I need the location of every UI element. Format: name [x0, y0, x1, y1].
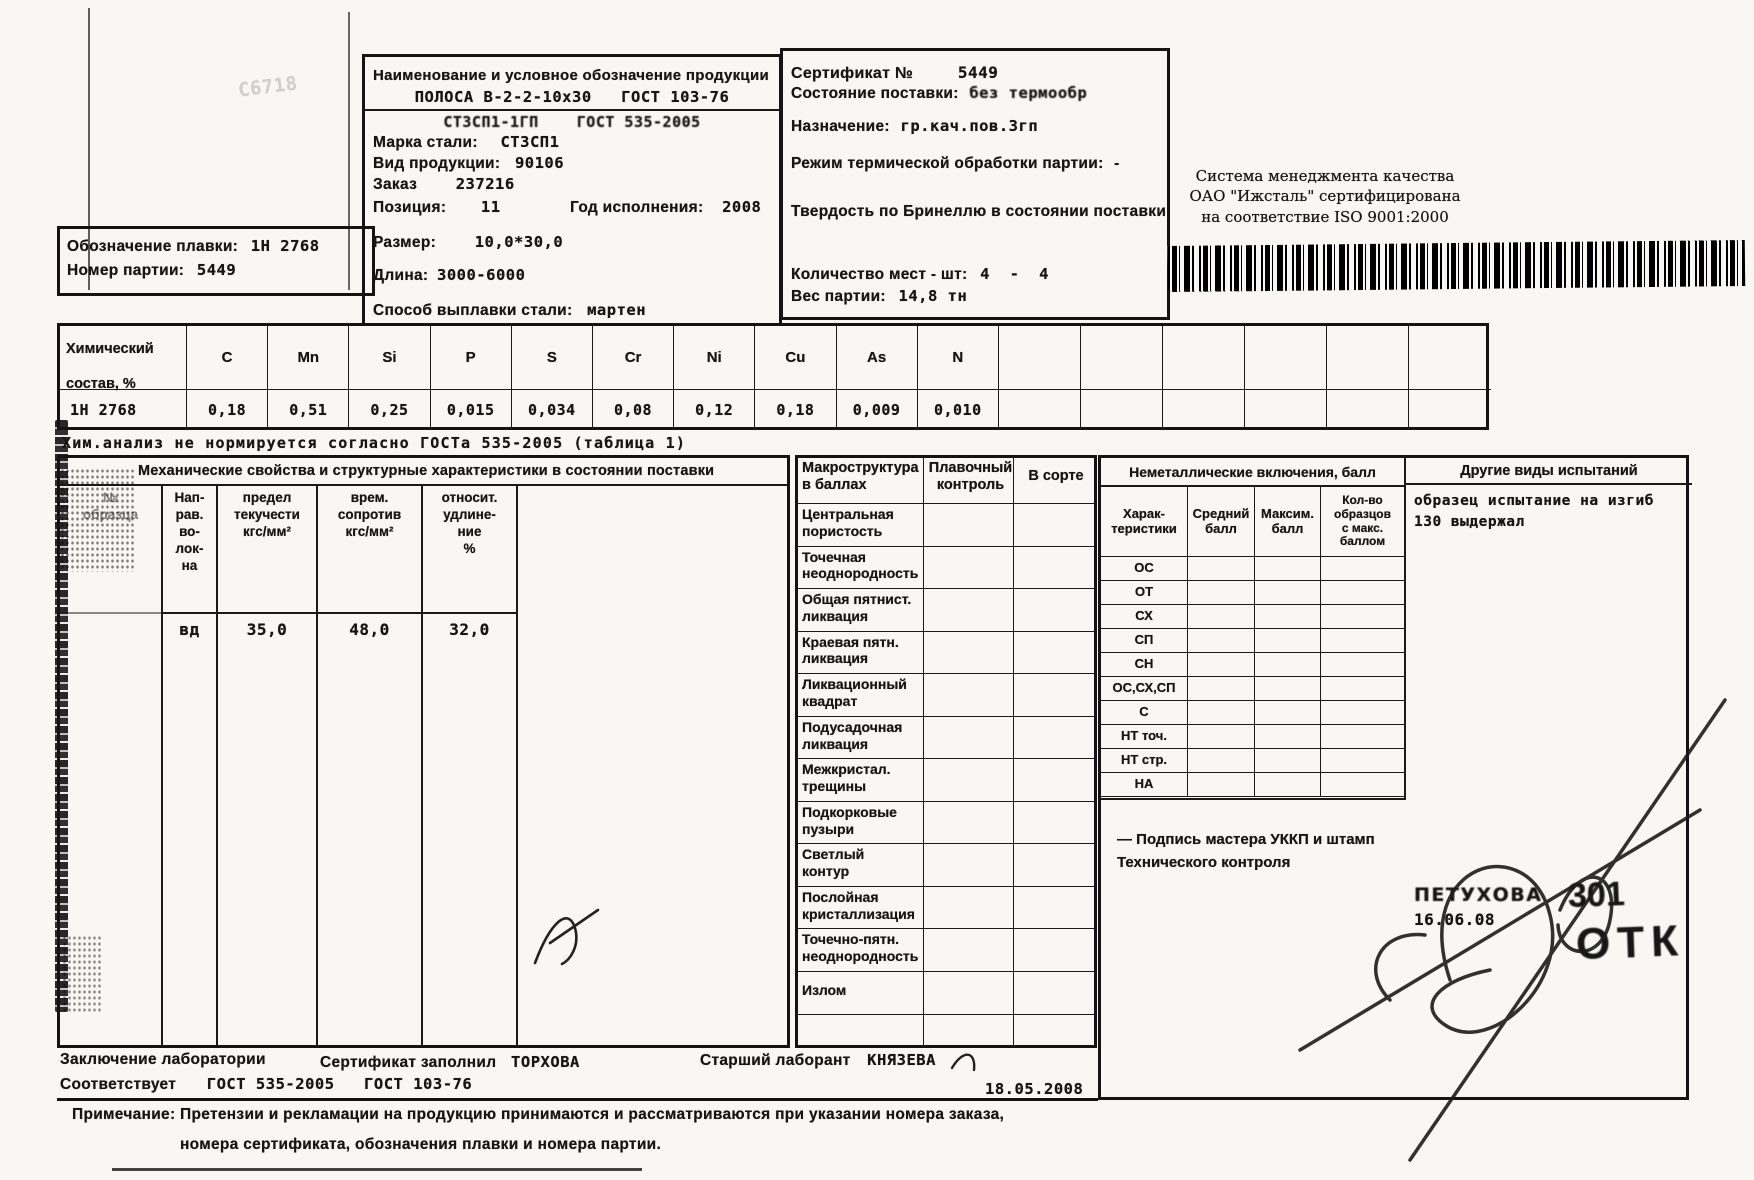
- chem-element: Mn: [268, 326, 349, 390]
- macro-cell: [924, 887, 1014, 930]
- macro-row-label: Точечная неоднородность: [798, 547, 924, 590]
- nm-row-label: С: [1101, 701, 1188, 725]
- certificate-box: Сертификат № 5449 Состояние поставки: бе…: [780, 48, 1170, 320]
- chem-row-header: Химический состав, %: [60, 326, 187, 390]
- product-type-value: 90106: [515, 154, 564, 172]
- grade-label: Марка стали:: [373, 134, 478, 151]
- cell-empty: [518, 614, 787, 620]
- macro-cell: [924, 589, 1014, 632]
- macro-cell: [1014, 717, 1094, 760]
- macro-cell: [1014, 972, 1094, 1015]
- purpose-label: Назначение:: [791, 118, 890, 135]
- chemical-composition-table: Химический состав, % C Mn Si P S Cr Ni C…: [57, 323, 1489, 430]
- macro-cell: [798, 1015, 924, 1045]
- filled-by-name: ТОРХОВА: [511, 1053, 580, 1071]
- chem-element: P: [431, 326, 512, 390]
- chem-element: C: [187, 326, 268, 390]
- chem-note: Хим.анализ не нормируется согласно ГОСТа…: [62, 434, 686, 452]
- chem-value: 0,51: [268, 390, 349, 430]
- nm-col-characteristics: Харак- теристики: [1101, 487, 1188, 557]
- smelt-label: Способ выплавки стали:: [373, 302, 572, 319]
- chem-element: Si: [349, 326, 430, 390]
- length-label: Длина:: [373, 267, 428, 284]
- chem-value: 0,25: [349, 390, 430, 430]
- other-tests-title: Другие виды испытаний: [1406, 458, 1692, 485]
- col-empty: [518, 486, 787, 614]
- nm-row-label: ОС: [1101, 557, 1188, 581]
- chem-element: As: [837, 326, 918, 390]
- order-value: 237216: [456, 175, 515, 193]
- nm-row-label: НТ точ.: [1101, 725, 1188, 749]
- cert-number-label: Сертификат №: [791, 65, 913, 82]
- nonmetallic-title: Неметаллические включения, балл: [1101, 458, 1404, 487]
- certificate-page: С6718 Обозначение плавки: 1Н 2768 Номер …: [0, 0, 1754, 1180]
- macro-row-label: Точечно-пятн. неоднородность: [798, 929, 924, 972]
- nm-cell: [1321, 605, 1404, 629]
- macro-title: Макроструктура в баллах: [798, 458, 924, 504]
- chem-element: S: [512, 326, 593, 390]
- macro-cell: [1014, 547, 1094, 590]
- chem-value: 0,18: [755, 390, 836, 430]
- cell-elongation: 32,0: [423, 614, 516, 639]
- heat-treatment-label: Режим термической обработки партии:: [791, 155, 1104, 172]
- macro-cell: [1014, 632, 1094, 675]
- macro-cell: [1014, 1015, 1094, 1045]
- weight-value: 14,8 тн: [899, 287, 968, 305]
- chem-element: Ni: [674, 326, 755, 390]
- chem-empty-cell: [1163, 390, 1245, 430]
- product-title: Наименование и условное обозначение прод…: [373, 67, 769, 84]
- macro-cell: [1014, 504, 1094, 547]
- filled-by-label: Сертификат заполнил: [320, 1054, 496, 1071]
- nm-row-label: ОТ: [1101, 581, 1188, 605]
- nm-cell: [1188, 629, 1255, 653]
- scan-bleed-text: С6718: [237, 72, 299, 101]
- chem-element: Cr: [593, 326, 674, 390]
- macro-cell: [1014, 589, 1094, 632]
- chem-value: 0,010: [918, 390, 999, 430]
- position-label: Позиция:: [373, 199, 446, 216]
- macro-cell: [1014, 929, 1094, 972]
- macro-cell: [924, 972, 1014, 1015]
- grade-value: СТ3СП1: [500, 133, 559, 151]
- macro-row-label: Излом: [798, 972, 924, 1015]
- size-label: Размер:: [373, 234, 436, 251]
- chem-empty-cell: [1163, 326, 1245, 390]
- conclusion-standards: ГОСТ 535-2005 ГОСТ 103-76: [207, 1075, 472, 1093]
- senior-lab-name: КНЯЗЕВА: [867, 1051, 936, 1069]
- col-elongation: относит. удлине- ние %: [423, 486, 516, 614]
- macro-cell: [1014, 887, 1094, 930]
- note-line-1: Примечание: Претензии и рекламации на пр…: [72, 1106, 1004, 1124]
- nm-row-label: СП: [1101, 629, 1188, 653]
- heat-value: 1Н 2768: [251, 237, 320, 255]
- macro-cell: [924, 717, 1014, 760]
- col-grain-direction: Нап- рав. во- лок- на: [163, 486, 216, 614]
- nm-cell: [1188, 581, 1255, 605]
- macro-col-in-grade: В сорте: [1014, 458, 1094, 504]
- heat-label: Обозначение плавки:: [67, 238, 238, 255]
- nm-row-label: СХ: [1101, 605, 1188, 629]
- macro-row-label: Послойная кристаллизация: [798, 887, 924, 930]
- macro-row-label: Краевая пятн. ликвация: [798, 632, 924, 675]
- footer-divider: [57, 1098, 1098, 1101]
- chem-value: 0,015: [431, 390, 512, 430]
- chem-empty-cell: [999, 326, 1081, 390]
- nm-row-label: НА: [1101, 773, 1188, 797]
- nm-row-label: ОС,СХ,СП: [1101, 677, 1188, 701]
- chem-empty-cell: [999, 390, 1081, 430]
- nm-cell: [1321, 581, 1404, 605]
- hardness-label: Твердость по Бринеллю в состоянии постав…: [791, 203, 1166, 221]
- macro-cell: [924, 759, 1014, 802]
- nm-cell: [1255, 605, 1321, 629]
- length-value: 3000-6000: [437, 266, 526, 284]
- cell-grain-direction: вд: [163, 614, 216, 639]
- lab-conclusion-label: Заключение лаборатории: [60, 1051, 266, 1069]
- heat-batch-box: Обозначение плавки: 1Н 2768 Номер партии…: [57, 226, 375, 296]
- chem-empty-cell: [1081, 390, 1163, 430]
- chem-heat-id: 1Н 2768: [60, 390, 187, 430]
- senior-lab-label: Старший лаборант: [700, 1052, 851, 1069]
- footer-date: 18.05.2008: [985, 1080, 1083, 1098]
- macro-cell: [1014, 844, 1094, 887]
- chem-empty-cell: [1327, 326, 1409, 390]
- purpose-value: гр.кач.пов.3гп: [901, 117, 1039, 135]
- chem-empty-cell: [1245, 390, 1327, 430]
- nm-row-label: НТ стр.: [1101, 749, 1188, 773]
- macro-cell: [1014, 759, 1094, 802]
- product-designation-2: СТ3СП1-1ГП ГОСТ 535-2005: [365, 113, 779, 131]
- macro-row-label: Ликвационный квадрат: [798, 674, 924, 717]
- cell-yield-strength: 35,0: [218, 614, 316, 639]
- nm-cell: [1188, 605, 1255, 629]
- nm-cell: [1255, 557, 1321, 581]
- nm-cell: [1255, 629, 1321, 653]
- batch-value: 5449: [197, 261, 236, 279]
- chem-empty-cell: [1409, 390, 1491, 430]
- macro-cell: [1014, 674, 1094, 717]
- nm-cell: [1321, 629, 1404, 653]
- macro-row-label: Подкорковые пузыри: [798, 802, 924, 845]
- size-value: 10,0*30,0: [475, 233, 564, 251]
- chem-empty-cell: [1327, 390, 1409, 430]
- chem-empty-cell: [1081, 326, 1163, 390]
- weight-label: Вес партии:: [791, 288, 886, 305]
- macro-row-label: Центральная пористость: [798, 504, 924, 547]
- delivery-state-label: Состояние поставки:: [791, 85, 959, 102]
- col-sample-number: № образца: [60, 486, 161, 614]
- places-label: Количество мест - шт:: [791, 266, 967, 283]
- macro-cell: [924, 547, 1014, 590]
- handwritten-mark: [520, 898, 640, 978]
- chem-value: 0,18: [187, 390, 268, 430]
- nm-col-average: Средний балл: [1188, 487, 1255, 557]
- other-tests-result: образец испытание на изгиб 130 выдержал: [1414, 491, 1684, 533]
- macro-cell: [924, 504, 1014, 547]
- macro-cell: [924, 632, 1014, 675]
- delivery-state-value: без термообр: [969, 84, 1087, 102]
- macro-row-label: Подусадочная ликвация: [798, 717, 924, 760]
- nm-col-count: Кол-во образцов с макс. баллом: [1321, 487, 1404, 557]
- year-value: 2008: [722, 198, 761, 216]
- conclusion-value: Соответствует: [60, 1076, 176, 1093]
- smelt-value: мартен: [587, 301, 646, 319]
- nm-col-max: Максим. балл: [1255, 487, 1321, 557]
- chem-element: Cu: [755, 326, 836, 390]
- chem-empty-cell: [1245, 326, 1327, 390]
- macro-row-label: Общая пятнист. ликвация: [798, 589, 924, 632]
- macro-row-label: Светлый контур: [798, 844, 924, 887]
- product-type-label: Вид продукции:: [373, 155, 500, 172]
- macro-cell: [924, 844, 1014, 887]
- iso-certification-note: Система менеджмента качества ОАО "Ижстал…: [1180, 166, 1470, 227]
- chem-value: 0,12: [674, 390, 755, 430]
- barcode: [1168, 240, 1745, 292]
- year-label: Год исполнения:: [570, 199, 703, 216]
- macro-cell: [924, 802, 1014, 845]
- signature-scrawl: [1240, 670, 1740, 1170]
- nm-row-label: СН: [1101, 653, 1188, 677]
- handwritten-tick: [946, 1040, 986, 1080]
- product-designation: ПОЛОСА В-2-2-10х30 ГОСТ 103-76: [365, 88, 779, 111]
- cert-number-value: 5449: [958, 63, 999, 82]
- macro-cell: [924, 929, 1014, 972]
- col-yield-strength: предел текучести кгс/мм²: [218, 486, 316, 614]
- chem-empty-cell: [1409, 326, 1491, 390]
- chem-value: 0,009: [837, 390, 918, 430]
- chem-value: 0,08: [593, 390, 674, 430]
- order-label: Заказ: [373, 176, 417, 193]
- macro-col-melt-control: Плавочный контроль: [924, 458, 1014, 504]
- heat-treatment-value: -: [1114, 155, 1119, 172]
- col-tensile-strength: врем. сопротив кгс/мм²: [318, 486, 421, 614]
- chem-value: 0,034: [512, 390, 593, 430]
- product-box: Наименование и условное обозначение прод…: [362, 54, 782, 326]
- chem-element: N: [918, 326, 999, 390]
- mechanical-title: Механические свойства и структурные хара…: [60, 458, 787, 486]
- macro-cell: [924, 674, 1014, 717]
- macrostructure-table: Макроструктура в баллах Плавочный контро…: [795, 455, 1097, 1048]
- nm-cell: [1321, 557, 1404, 581]
- nm-cell: [1188, 557, 1255, 581]
- cell-tensile-strength: 48,0: [318, 614, 421, 639]
- nm-cell: [1255, 581, 1321, 605]
- macro-cell: [1014, 802, 1094, 845]
- position-value: 11: [481, 198, 501, 216]
- cell-sample-number: [60, 614, 161, 620]
- macro-row-label: Межкристал. трещины: [798, 759, 924, 802]
- note-line-2: номера сертификата, обозначения плавки и…: [180, 1136, 661, 1154]
- batch-label: Номер партии:: [67, 262, 184, 279]
- places-value: 4 - 4: [980, 265, 1049, 283]
- bottom-scan-line: [112, 1168, 642, 1171]
- mechanical-properties-table: Механические свойства и структурные хара…: [57, 455, 790, 1048]
